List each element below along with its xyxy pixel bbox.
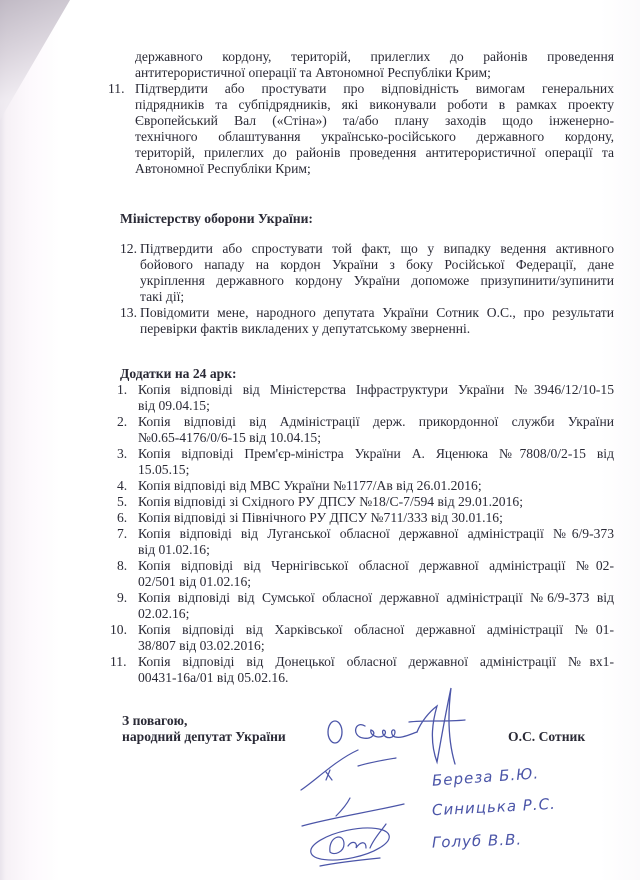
attachment-item-line: Копія відповіді від Чернігівської обласн… [138, 558, 614, 574]
attachment-item-line: від 01.02.16; [138, 542, 210, 558]
attachment-number: 2. [117, 414, 127, 430]
handwritten-name: Голуб В.В. [432, 832, 523, 851]
handwritten-name: Береза Б.Ю. [432, 766, 540, 789]
list-item-line: технічного облаштування українсько-росій… [135, 129, 614, 145]
attachment-number: 5. [117, 494, 127, 510]
attachment-item-line: Копія відповіді зі Північного РУ ДПСУ №7… [138, 510, 503, 526]
attachment-number: 6. [117, 510, 127, 526]
attachment-number: 10. [110, 622, 127, 638]
attachment-number: 1. [117, 382, 127, 398]
attachment-number: 4. [117, 478, 127, 494]
intro-line: антитерористичної операції та Автономної… [135, 65, 491, 81]
document-page: державного кордону, територій, прилеглих… [0, 0, 640, 880]
attachment-item-line: Копія відповіді від Адміністрації держ. … [138, 414, 614, 430]
list-item-line: Автономної Республіки Крим; [135, 161, 311, 177]
list-number: 12. [120, 241, 137, 257]
attachment-item-line: Копія відповіді від Донецької обласної д… [138, 654, 614, 670]
handwritten-name: Синицька Р.С. [432, 797, 557, 819]
signer-name: О.С. Сотник [508, 729, 585, 745]
list-item-line: Європейський Вал («Стіна») та/або плану … [135, 113, 614, 129]
list-item-line: підрядників та субпідрядників, які викон… [135, 97, 614, 113]
closing-title: народний депутат України [122, 729, 286, 745]
list-item-line: територій, прилеглих до районів проведен… [135, 145, 614, 161]
attachment-item-line: 02.02.16; [138, 606, 189, 622]
attachment-number: 3. [117, 446, 127, 462]
list-item-line: Підтвердити або простувати про відповідн… [135, 81, 614, 97]
list-item-line: такі дії; [140, 289, 184, 305]
list-number: 11. [108, 81, 125, 97]
attachment-item-line: Копія відповіді від Міністерства Інфраст… [138, 382, 614, 398]
attachment-item-line: Копія відповіді від МВС України №1177/Ав… [138, 478, 482, 494]
signature-cosigner-1 [296, 750, 406, 799]
list-item-line: Повідомити мене, народного депутата Укра… [140, 305, 614, 321]
list-number: 13. [120, 305, 137, 321]
attachment-item-line: Копія відповіді від Сумської обласної де… [138, 590, 614, 606]
attachment-item-line: 38/807 від 03.02.2016; [138, 638, 265, 654]
attachment-item-line: 00431-16а/01 від 05.02.16. [138, 670, 288, 686]
list-item-line: бойового нападу на кордон України з боку… [140, 257, 614, 273]
attachment-number: 8. [117, 558, 127, 574]
list-item-line: Підтвердити або спростувати той факт, що… [140, 241, 614, 257]
attachment-item-line: 02/501 від 01.02.16; [138, 574, 251, 590]
intro-line: державного кордону, територій, прилеглих… [135, 49, 614, 65]
list-item-line: перевірки фактів викладених у депутатськ… [140, 321, 470, 337]
attachment-item-line: Копія відповіді від Луганської обласної … [138, 526, 614, 542]
attachment-number: 7. [117, 526, 127, 542]
attachment-number: 11. [110, 654, 127, 670]
signature-cosigner-3 [300, 822, 410, 876]
attachment-item-line: №0.65-4176/0/6-15 від 10.04.15; [138, 430, 321, 446]
closing-regards: З повагою, [122, 713, 187, 729]
attachments-heading: Додатки на 24 арк: [120, 366, 237, 382]
attachment-item-line: Копія відповіді від Харківської обласної… [138, 622, 614, 638]
attachment-item-line: Копія відповіді зі Східного РУ ДПСУ №18/… [138, 494, 523, 510]
ministry-heading: Міністерству оборони України: [120, 211, 313, 227]
attachment-number: 9. [117, 590, 127, 606]
attachment-item-line: від 09.04.15; [138, 398, 210, 414]
list-item-line: укріплення державного кордону України до… [140, 273, 614, 289]
attachment-item-line: Копія відповіді Прем'єр-міністра України… [138, 446, 614, 462]
attachment-item-line: 15.05.15; [138, 462, 189, 478]
